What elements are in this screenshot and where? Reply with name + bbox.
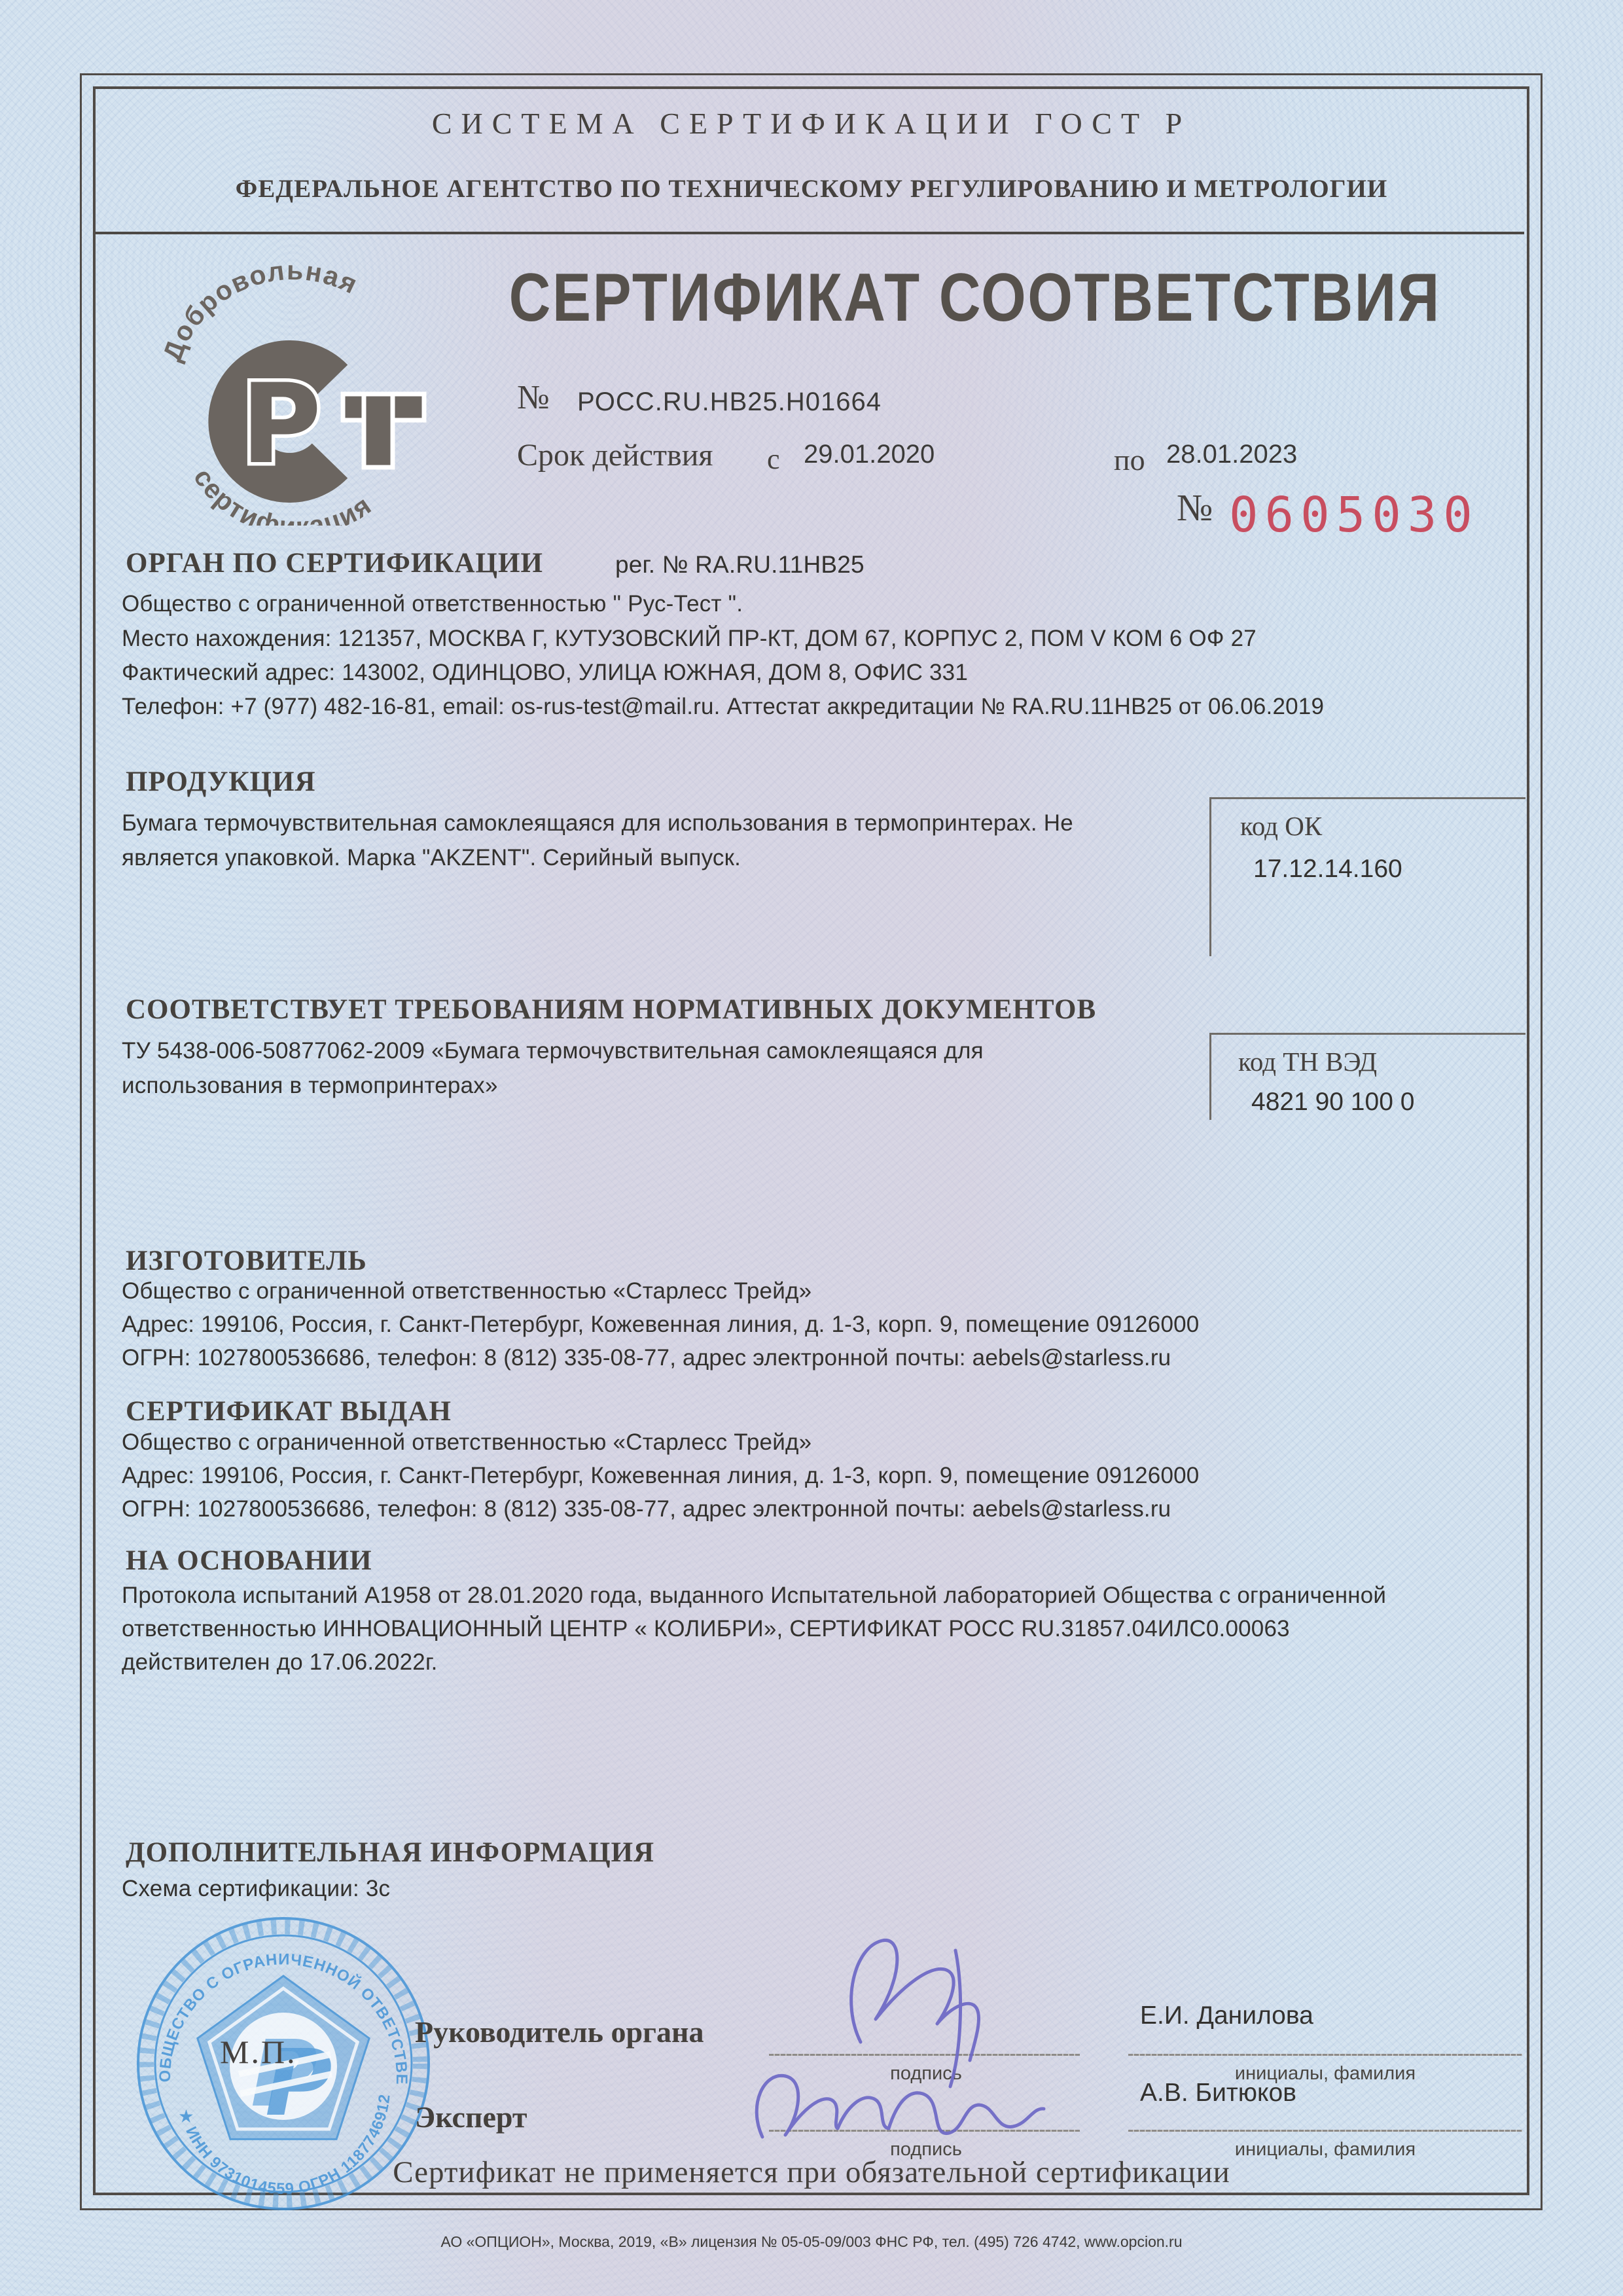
product-line: Бумага термочувствительная самоклеящаяся… <box>122 810 1073 836</box>
org-line: Место нахождения: 121357, МОСКВА Г, КУТУ… <box>122 626 1257 652</box>
expert-name-line <box>1128 2130 1522 2132</box>
certificate-page: СИСТЕМА СЕРТИФИКАЦИИ ГОСТ Р ФЕДЕРАЛЬНОЕ … <box>0 0 1623 2296</box>
validity-to-label: по <box>1114 442 1145 477</box>
head-signature-ink <box>950 1950 961 2087</box>
bottom-statement: Сертификат не применяется при обязательн… <box>98 2155 1525 2190</box>
tn-code-value: 4821 90 100 0 <box>1251 1088 1414 1117</box>
expert-signature-ink <box>757 2075 1044 2137</box>
print-footer: АО «ОПЦИОН», Москва, 2019, «В» лицензия … <box>98 2233 1525 2251</box>
additional-heading: ДОПОЛНИТЕЛЬНАЯ ИНФОРМАЦИЯ <box>126 1837 654 1869</box>
conformity-line: ТУ 5438-006-50877062-2009 «Бумага термоч… <box>122 1038 984 1064</box>
basis-heading: НА ОСНОВАНИИ <box>126 1545 372 1577</box>
blank-number-label: № <box>1177 486 1213 529</box>
head-name-line <box>1128 2054 1522 2056</box>
system-title: СИСТЕМА СЕРТИФИКАЦИИ ГОСТ Р <box>98 106 1525 141</box>
manufacturer-heading: ИЗГОТОВИТЕЛЬ <box>126 1245 367 1277</box>
logo-r-letter: Р <box>241 360 321 488</box>
conformity-line: использования в термопринтерах» <box>122 1073 498 1099</box>
validity-from-label: с <box>767 442 780 476</box>
issued-to-line: Общество с ограниченной ответственностью… <box>122 1429 811 1456</box>
mp-mark: М.П. <box>220 2033 297 2071</box>
issued-to-line: Адрес: 199106, Россия, г. Санкт-Петербур… <box>122 1463 1199 1489</box>
validity-label: Срок действия <box>517 437 713 473</box>
org-line: Телефон: +7 (977) 482-16-81, email: os-r… <box>122 694 1324 720</box>
org-line: Фактический адрес: 143002, ОДИНЦОВО, УЛИ… <box>122 660 968 686</box>
doc-title: СЕРТИФИКАТ СООТВЕТСТВИЯ <box>419 259 1531 337</box>
manufacturer-line: Общество с ограниченной ответственностью… <box>122 1278 811 1304</box>
product-line: является упаковкой. Марка "AKZENT". Сери… <box>122 845 741 871</box>
header-divider <box>96 232 1524 234</box>
product-heading: ПРОДУКЦИЯ <box>126 766 316 798</box>
additional-line: Схема сертификации: 3с <box>122 1876 390 1902</box>
head-role-label: Руководитель органа <box>415 2015 704 2049</box>
rst-logo: Добровольная Р сертификация <box>145 254 446 526</box>
ok-code-value: 17.12.14.160 <box>1253 855 1402 884</box>
manufacturer-line: Адрес: 199106, Россия, г. Санкт-Петербур… <box>122 1312 1199 1338</box>
head-name: Е.И. Данилова <box>1140 2001 1313 2030</box>
org-heading: ОРГАН ПО СЕРТИФИКАЦИИ <box>126 547 543 579</box>
cert-number: РОСС.RU.НВ25.Н01664 <box>577 387 882 417</box>
agency-title: ФЕДЕРАЛЬНОЕ АГЕНТСТВО ПО ТЕХНИЧЕСКОМУ РЕ… <box>98 174 1525 204</box>
validity-from-date: 29.01.2020 <box>804 440 935 469</box>
ok-code-label: код ОК <box>1240 810 1322 842</box>
issued-to-heading: СЕРТИФИКАТ ВЫДАН <box>126 1395 452 1427</box>
org-reg-number: рег. № RA.RU.11НВ25 <box>615 551 865 579</box>
validity-to-date: 28.01.2023 <box>1166 440 1297 469</box>
expert-role-label: Эксперт <box>415 2100 527 2134</box>
basis-line: ответственностью ИННОВАЦИОННЫЙ ЦЕНТР « К… <box>122 1616 1290 1642</box>
basis-line: действителен до 17.06.2022г. <box>122 1649 438 1676</box>
tn-code-label: код ТН ВЭД <box>1238 1046 1377 1077</box>
issued-to-line: ОГРН: 1027800536686, телефон: 8 (812) 33… <box>122 1496 1171 1522</box>
manufacturer-line: ОГРН: 1027800536686, телефон: 8 (812) 33… <box>122 1345 1171 1371</box>
handwritten-signatures <box>707 1911 1165 2166</box>
basis-line: Протокола испытаний А1958 от 28.01.2020 … <box>122 1583 1386 1609</box>
blank-number: 0605030 <box>1229 487 1479 543</box>
logo-t-shape <box>343 394 424 467</box>
conformity-heading: СООТВЕТСТВУЕТ ТРЕБОВАНИЯМ НОРМАТИВНЫХ ДО… <box>126 994 1096 1026</box>
cert-number-label: № <box>517 378 550 417</box>
org-line: Общество с ограниченной ответственностью… <box>122 591 743 617</box>
